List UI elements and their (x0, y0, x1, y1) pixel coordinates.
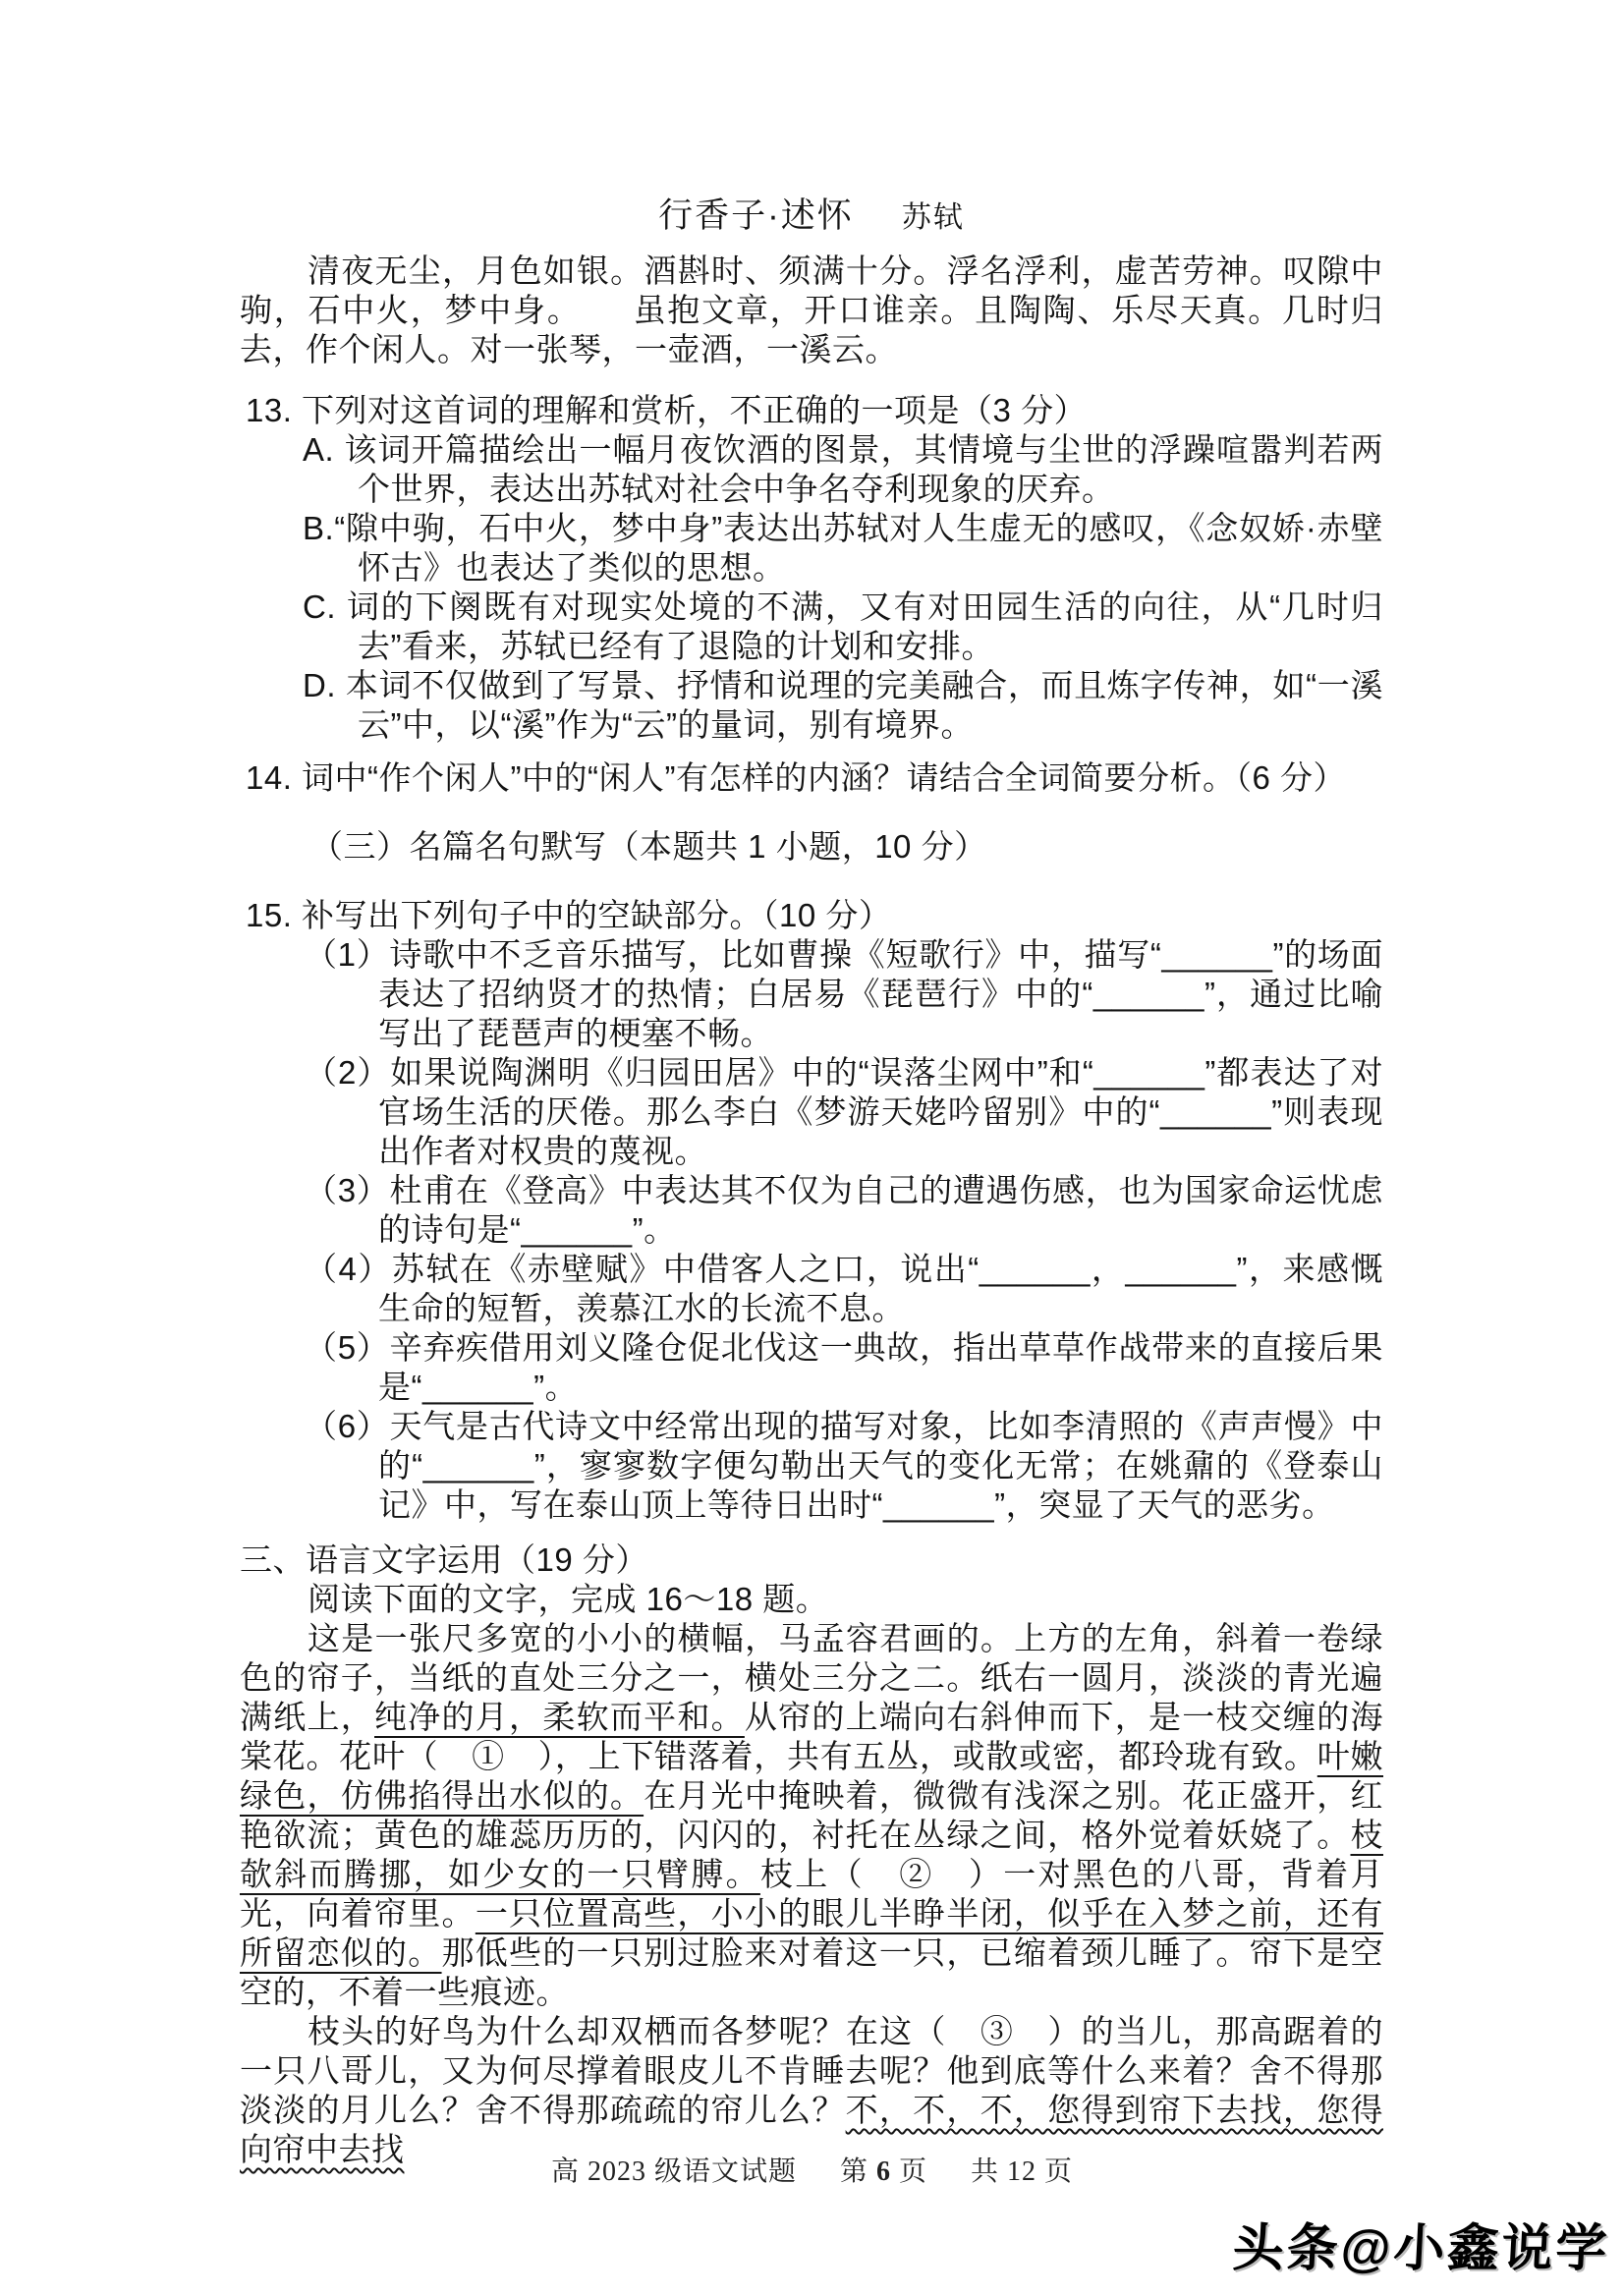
blank-fill-item: （3）杜甫在《登高》中表达其不仅为自己的遭遇伤感，也为国家命运忧虑的诗句是“__… (305, 1171, 1383, 1250)
page-footer: 高 2023 级语文试题 第 6 页 共 12 页 (0, 2150, 1624, 2189)
item-text: 天气是古代诗文中经常出现的描写对象，比如李清照的《声声慢》中的“______”，… (378, 1408, 1383, 1523)
watermark-toutiao: 头条@小鑫说学 (1231, 2207, 1612, 2280)
blank-fill-item: （5）辛弃疾借用刘义隆仓促北伐这一典故，指出草草作战带来的直接后果是“_____… (305, 1328, 1383, 1407)
question-13-options: A. 该词开篇描绘出一幅月夜饮酒的图景，其情境与尘世的浮躁喧嚣判若两个世界，表达… (240, 430, 1383, 745)
footer-total-pages: 共 12 页 (971, 2156, 1073, 2187)
question-14-number: 14. (246, 759, 292, 796)
question-14: 14. 词中“作个闲人”中的“闲人”有怎样的内涵？请结合全词简要分析。（6 分） (240, 758, 1383, 798)
poem-title: 行香子·述怀 (658, 196, 854, 235)
item-label: （6） (305, 1408, 390, 1444)
passage-paragraph: 枝头的好鸟为什么却双栖而各梦呢？在这（ ③ ）的当儿，那高踞着的一只八哥儿，又为… (240, 2012, 1383, 2169)
passage-paragraph: 这是一张尺多宽的小小的横幅，马孟容君画的。上方的左角，斜着一卷绿色的帘子，当纸的… (240, 1619, 1383, 2012)
option-label: A. (303, 431, 334, 468)
option-row: D. 本词不仅做到了写景、抒情和说理的完美融合，而且炼字传神，如“一溪云”中，以… (303, 666, 1383, 745)
item-text: 杜甫在《登高》中表达其不仅为自己的遭遇伤感，也为国家命运忧虑的诗句是“_____… (378, 1172, 1383, 1248)
item-label: （2） (305, 1054, 390, 1091)
option-row: C. 词的下阕既有对现实处境的不满，又有对田园生活的向往，从“几时归去”看来，苏… (303, 588, 1383, 666)
blank-fill-item: （2）如果说陶渊明《归园田居》中的“误落尘网中”和“______”都表达了对官场… (305, 1053, 1383, 1171)
poem-author: 苏轼 (902, 201, 965, 234)
question-13-number: 13. (246, 392, 292, 428)
item-label: （3） (305, 1172, 390, 1208)
page-content: 行香子·述怀 苏轼 清夜无尘，月色如银。酒斟时、须满十分。浮名浮利，虚苦劳神。叹… (240, 196, 1383, 2169)
option-label: B. (303, 510, 334, 546)
footer-page-number: 第 6 页 (840, 2156, 927, 2187)
section-language-heading: 三、语言文字运用（19 分） (240, 1540, 1383, 1580)
question-15-items: （1）诗歌中不乏音乐描写，比如曹操《短歌行》中，描写“______”的场面表达了… (240, 935, 1383, 1525)
footer-doc-label: 高 2023 级语文试题 (551, 2156, 797, 2187)
option-row: A. 该词开篇描绘出一幅月夜饮酒的图景，其情境与尘世的浮躁喧嚣判若两个世界，表达… (303, 430, 1383, 509)
option-row: B.“隙中驹，石中火，梦中身”表达出苏轼对人生虚无的感叹，《念奴娇·赤壁怀古》也… (303, 509, 1383, 588)
option-label: C. (303, 588, 336, 625)
question-15-number: 15. (246, 897, 292, 933)
reading-passage: 这是一张尺多宽的小小的横幅，马孟容君画的。上方的左角，斜着一卷绿色的帘子，当纸的… (240, 1619, 1383, 2169)
option-text: 本词不仅做到了写景、抒情和说理的完美融合，而且炼字传神，如“一溪云”中，以“溪”… (336, 667, 1383, 743)
reading-instruction: 阅读下面的文字，完成 16～18 题。 (240, 1580, 1383, 1619)
option-text: 词的下阕既有对现实处境的不满，又有对田园生活的向往，从“几时归去”看来，苏轼已经… (336, 588, 1383, 664)
question-15-text: 补写出下列句子中的空缺部分。（10 分） (302, 897, 891, 933)
item-label: （1） (305, 936, 389, 973)
exam-paper-page: 行香子·述怀 苏轼 清夜无尘，月色如银。酒斟时、须满十分。浮名浮利，虚苦劳神。叹… (0, 0, 1624, 2296)
item-text: 诗歌中不乏音乐描写，比如曹操《短歌行》中，描写“______”的场面表达了招纳贤… (378, 936, 1383, 1051)
section-moxie-heading: （三）名篇名句默写（本题共 1 小题，10 分） (310, 827, 1383, 867)
poem-title-line: 行香子·述怀 苏轼 (240, 196, 1383, 238)
question-15-stem: 15. 补写出下列句子中的空缺部分。（10 分） (240, 896, 1383, 935)
item-label: （5） (305, 1329, 390, 1366)
item-text: 苏轼在《赤壁赋》中借客人之口，说出“______，______”，来感慨生命的短… (378, 1251, 1383, 1326)
option-text: 该词开篇描绘出一幅月夜饮酒的图景，其情境与尘世的浮躁喧嚣判若两个世界，表达出苏轼… (334, 431, 1383, 507)
question-13-text: 下列对这首词的理解和赏析，不正确的一项是（3 分） (302, 392, 1087, 428)
question-14-text: 词中“作个闲人”中的“闲人”有怎样的内涵？请结合全词简要分析。（6 分） (302, 759, 1346, 796)
item-text: 辛弃疾借用刘义隆仓促北伐这一典故，指出草草作战带来的直接后果是“______”。 (378, 1329, 1383, 1405)
option-text: “隙中驹，石中火，梦中身”表达出苏轼对人生虚无的感叹，《念奴娇·赤壁怀古》也表达… (334, 510, 1383, 586)
blank-fill-item: （4）苏轼在《赤壁赋》中借客人之口，说出“______，______”，来感慨生… (305, 1250, 1383, 1328)
question-13-stem: 13. 下列对这首词的理解和赏析，不正确的一项是（3 分） (240, 391, 1383, 430)
item-text: 如果说陶渊明《归园田居》中的“误落尘网中”和“______”都表达了对官场生活的… (378, 1054, 1383, 1169)
item-label: （4） (305, 1251, 392, 1287)
underlined-sentence: 纯净的月，柔软而平和。 (374, 1699, 745, 1735)
option-label: D. (303, 667, 336, 703)
blank-fill-item: （6）天气是古代诗文中经常出现的描写对象，比如李清照的《声声慢》中的“_____… (305, 1407, 1383, 1525)
poem-text: 清夜无尘，月色如银。酒斟时、须满十分。浮名浮利，虚苦劳神。叹隙中驹，石中火，梦中… (240, 252, 1383, 369)
blank-fill-item: （1）诗歌中不乏音乐描写，比如曹操《短歌行》中，描写“______”的场面表达了… (305, 935, 1383, 1053)
